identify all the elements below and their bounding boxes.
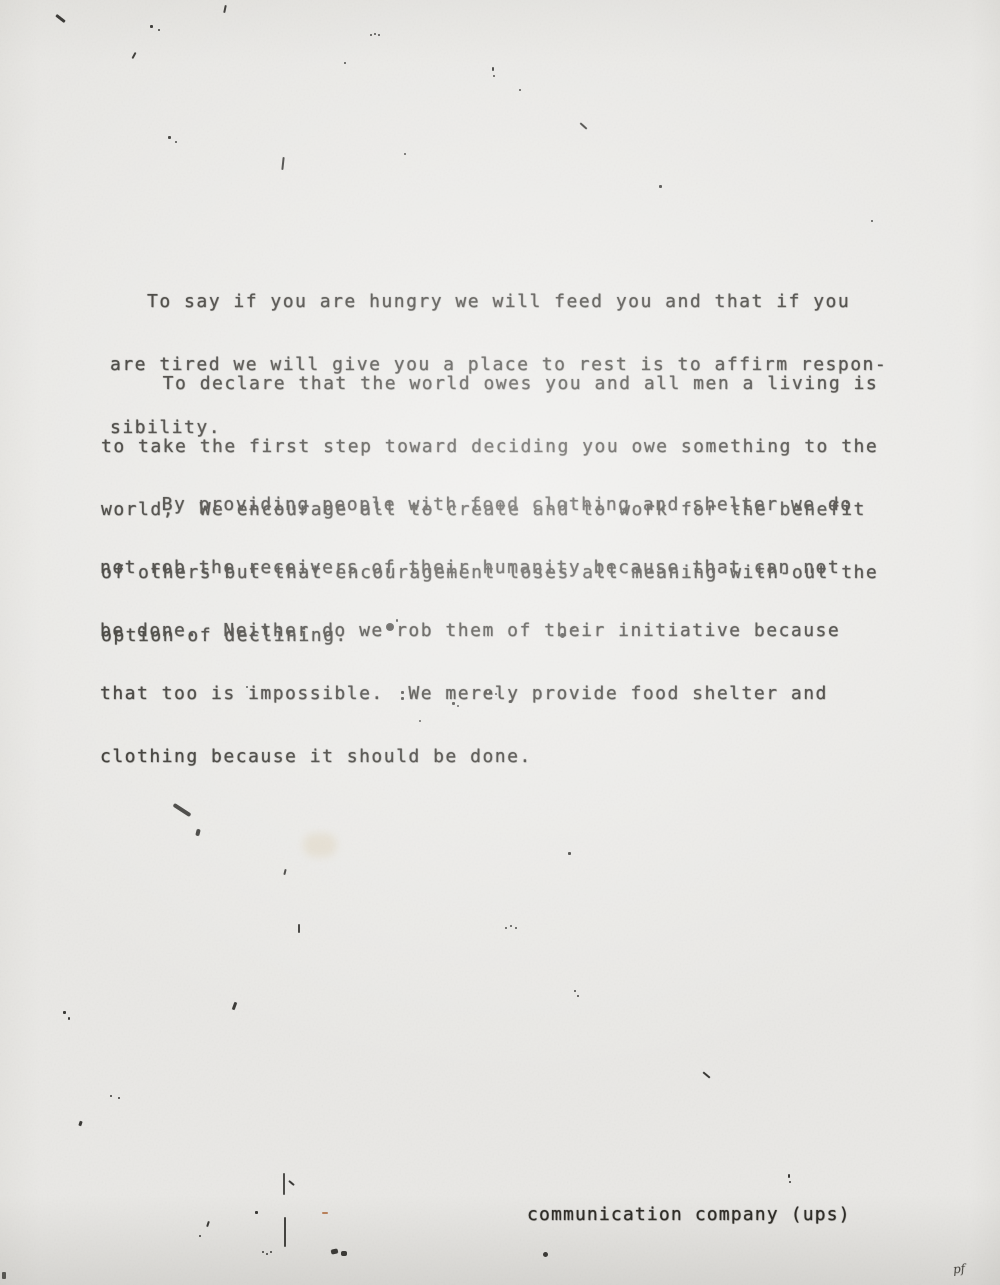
text-line: To say if you are hungry we will feed yo… <box>110 291 887 312</box>
ink-speck <box>150 25 153 28</box>
ink-speck <box>283 869 286 875</box>
ink-speck <box>118 1097 120 1099</box>
ink-speck <box>493 75 495 77</box>
ink-speck <box>262 1251 264 1253</box>
text-line: By providing people with food clothing a… <box>100 494 853 515</box>
ink-speck <box>659 185 662 188</box>
ink-speck <box>68 1017 70 1020</box>
ink-speck <box>577 995 579 997</box>
ink-speck <box>78 1121 82 1127</box>
ink-speck <box>370 34 372 36</box>
ink-speck <box>281 157 284 170</box>
typed-footer-signature: communication company (ups) <box>527 1204 851 1225</box>
ink-speck <box>175 141 177 143</box>
ink-speck <box>298 924 300 933</box>
text-line: be done. Neither do we rob them of their… <box>100 620 853 641</box>
ink-speck <box>283 1173 285 1195</box>
paragraph-3: By providing people with food clothing a… <box>100 452 853 809</box>
ink-speck <box>789 1181 791 1183</box>
ink-speck <box>322 1212 328 1214</box>
ink-speck <box>158 29 160 31</box>
ink-speck <box>266 1253 268 1255</box>
ink-speck <box>515 927 517 929</box>
ink-speck <box>199 1235 201 1237</box>
ink-speck <box>195 829 201 837</box>
scanned-document-page: To say if you are hungry we will feed yo… <box>0 0 1000 1285</box>
text-line: that too is impossible. We merely provid… <box>100 683 853 704</box>
ink-speck <box>378 34 380 36</box>
ink-speck <box>131 52 136 59</box>
ink-speck <box>871 220 873 222</box>
ink-speck <box>579 122 587 130</box>
ink-speck <box>404 153 406 155</box>
ink-speck <box>519 89 521 91</box>
ink-speck <box>374 33 376 35</box>
ink-speck <box>303 833 337 857</box>
ink-speck <box>505 927 507 929</box>
ink-speck <box>702 1071 710 1078</box>
ink-speck <box>788 1174 790 1178</box>
ink-speck <box>232 1002 238 1011</box>
ink-speck <box>492 67 494 71</box>
ink-speck <box>543 1252 548 1257</box>
ink-speck <box>568 852 571 855</box>
ink-speck <box>2 1272 6 1279</box>
ink-speck <box>55 14 66 23</box>
ink-speck <box>110 1095 112 1097</box>
ink-speck <box>344 62 346 64</box>
text-line: clothing because it should be done. <box>100 746 853 767</box>
ink-speck <box>223 5 227 13</box>
ink-speck <box>574 990 576 992</box>
text-line: not rob the receivers of their humanity … <box>100 557 853 578</box>
text-line: To declare that the world owes you and a… <box>101 373 878 394</box>
ink-speck <box>284 1217 286 1247</box>
ink-speck <box>341 1251 347 1256</box>
handwritten-initials: pf <box>952 1261 966 1276</box>
ink-speck <box>63 1011 66 1014</box>
ink-speck <box>288 1180 295 1186</box>
ink-speck <box>255 1211 258 1214</box>
ink-speck <box>168 136 171 139</box>
ink-speck <box>331 1248 339 1254</box>
ink-speck <box>206 1221 210 1227</box>
ink-speck <box>270 1251 272 1253</box>
ink-speck <box>510 925 512 927</box>
